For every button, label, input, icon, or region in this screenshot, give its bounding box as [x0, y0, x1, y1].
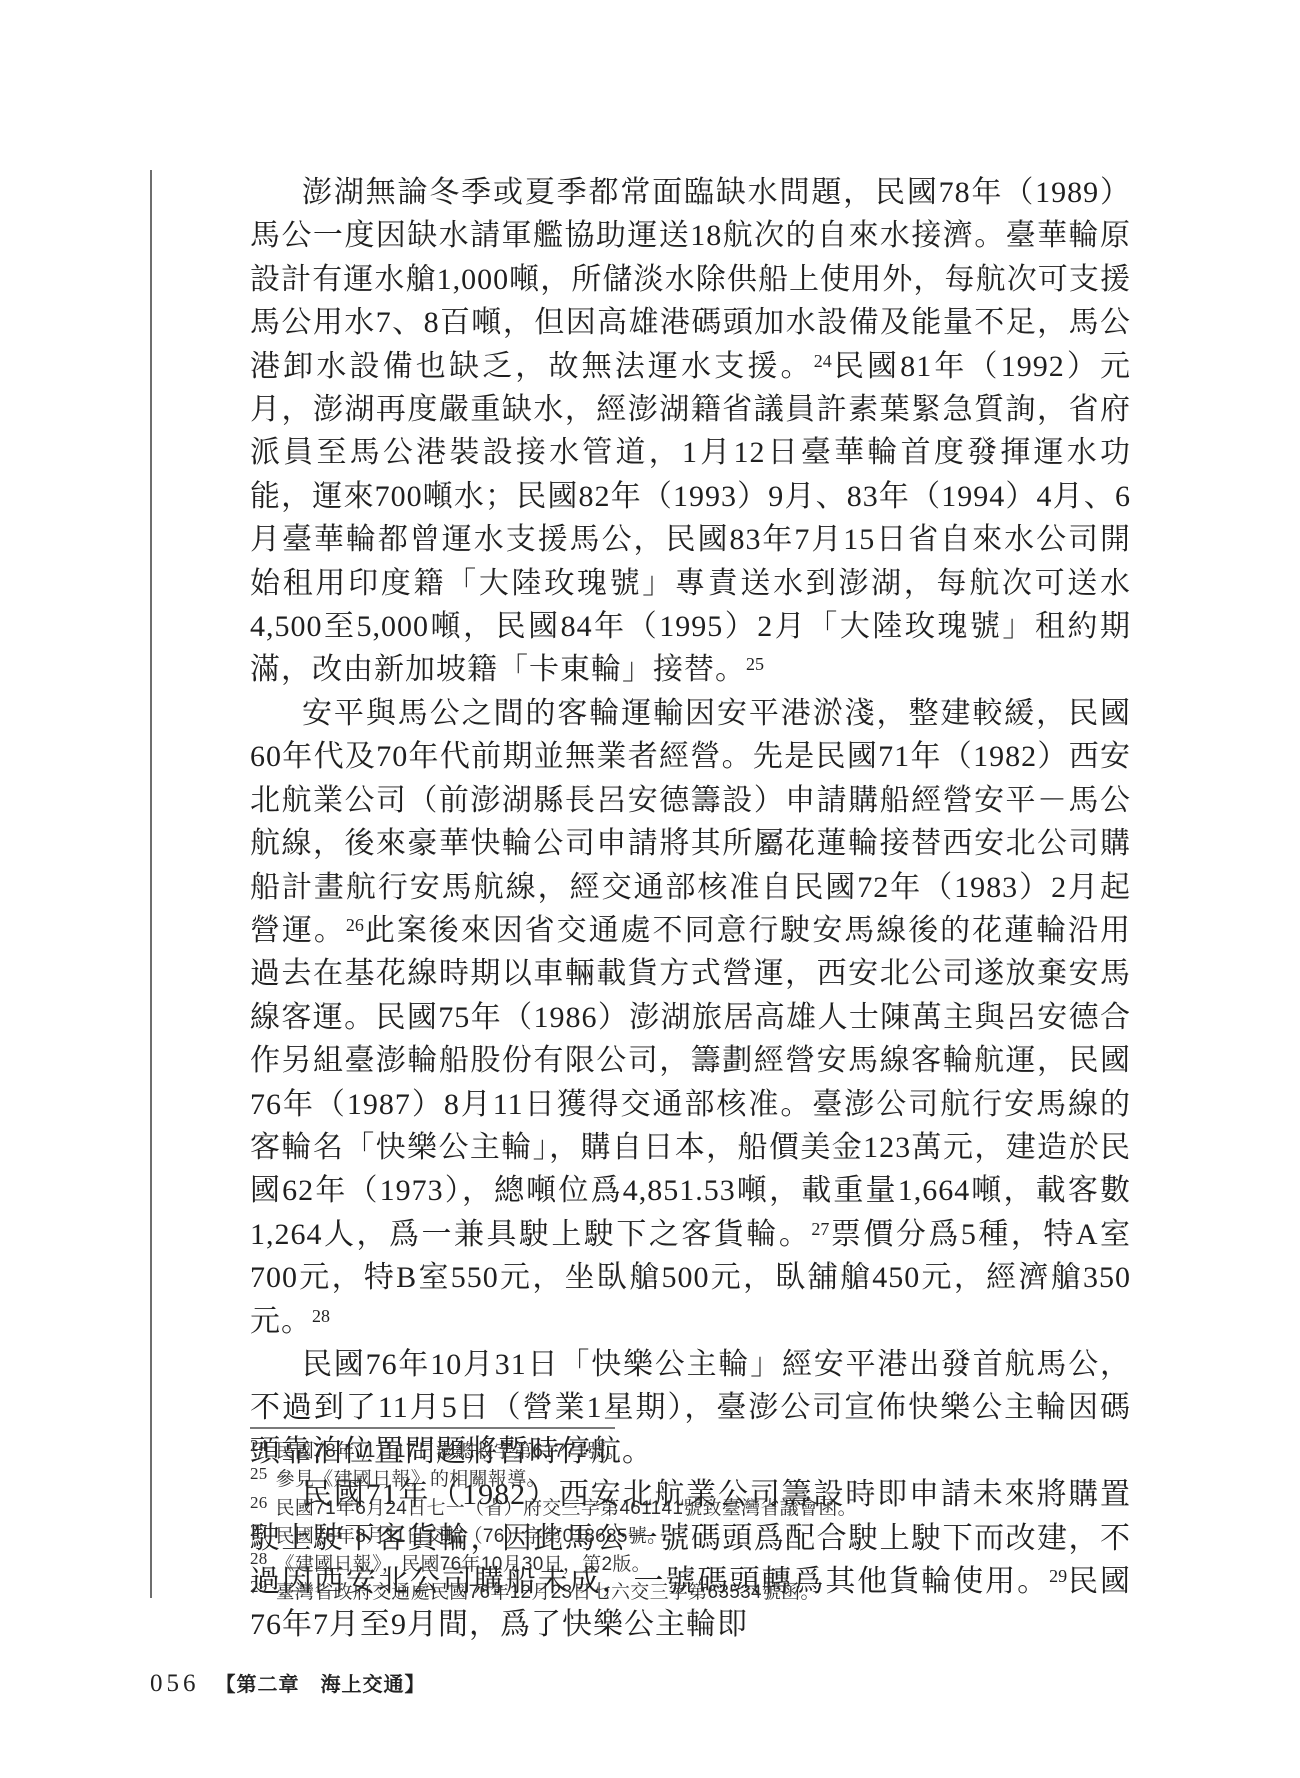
footnote-separator — [250, 1427, 615, 1429]
footnotes: 24民國78年11月17日澎總收字第61771號。25參見《建國日報》的相關報導… — [250, 1438, 1130, 1608]
footnote: 28《建國日報》，民國76年10月30日，第2版。 — [250, 1551, 1130, 1579]
book-page: 澎湖無論冬季或夏季都常面臨缺水問題，民國78年（1989）馬公一度因缺水請軍艦協… — [0, 0, 1300, 1778]
footnote-number: 25 — [250, 1464, 268, 1483]
footnote: 24民國78年11月17日澎總收字第61771號。 — [250, 1438, 1130, 1466]
footnote-number: 29 — [250, 1577, 268, 1596]
page-footer: 056 【第二章 海上交通】 — [150, 1668, 426, 1698]
body-paragraph: 澎湖無論冬季或夏季都常面臨缺水問題，民國78年（1989）馬公一度因缺水請軍艦協… — [250, 171, 1131, 692]
footnote-text: 臺灣省政府交通處民國76年12月23日七六交三字第63534號函。 — [276, 1582, 820, 1603]
footnote: 26民國71年6月24日七一（省）府交三字第461141號致臺灣省議會函。 — [250, 1495, 1130, 1523]
footnote: 25參見《建國日報》的相關報導。 — [250, 1466, 1130, 1494]
footnote-number: 28 — [250, 1549, 268, 1568]
footnote: 27民國76年8月11日交航（76）字第018685號。 — [250, 1523, 1130, 1551]
footnote-ref: 24 — [814, 351, 832, 371]
body-text: 澎湖無論冬季或夏季都常面臨缺水問題，民國78年（1989）馬公一度因缺水請軍艦協… — [250, 171, 1131, 1647]
footnote-ref: 25 — [746, 654, 764, 674]
footnote-number: 27 — [250, 1521, 268, 1540]
footnote-ref: 28 — [312, 1306, 330, 1326]
chapter-title: 【第二章 海上交通】 — [216, 1668, 426, 1697]
footnote-text: 民國78年11月17日澎總收字第61771號。 — [276, 1441, 626, 1462]
footnote-number: 24 — [250, 1436, 268, 1455]
margin-rule — [150, 170, 152, 1598]
footnote-number: 26 — [250, 1493, 268, 1512]
footnote-text: 民國76年8月11日交航（76）字第018685號。 — [276, 1526, 667, 1547]
footnote: 29臺灣省政府交通處民國76年12月23日七六交三字第63534號函。 — [250, 1579, 1130, 1607]
footnote-ref: 27 — [811, 1219, 829, 1239]
footnote-text: 參見《建國日報》的相關報導。 — [276, 1469, 546, 1490]
body-paragraph: 安平與馬公之間的客輪運輸因安平港淤淺，整建較緩，民國60年代及70年代前期並無業… — [250, 692, 1131, 1343]
page-number: 056 — [150, 1670, 200, 1698]
footnote-text: 民國71年6月24日七一（省）府交三字第461141號致臺灣省議會函。 — [276, 1498, 857, 1519]
footnote-ref: 26 — [346, 915, 364, 935]
footnote-text: 《建國日報》，民國76年10月30日，第2版。 — [276, 1554, 651, 1575]
